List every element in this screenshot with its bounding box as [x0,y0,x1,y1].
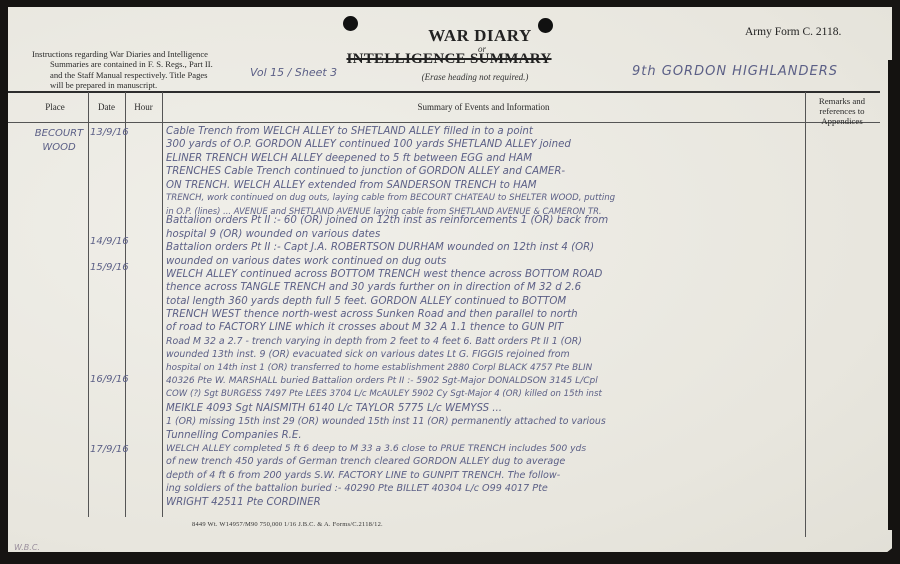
table-top-rule [8,91,880,93]
entry-date: 16/9/16 [90,374,129,385]
summary-line: 300 yards of O.P. GORDON ALLEY continued… [166,138,806,151]
summary-line: WELCH ALLEY continued across BOTTOM TREN… [166,268,806,281]
summary-line: Battalion orders Pt II :- Capt J.A. ROBE… [166,241,806,254]
summary-line: wounded 13th inst. 9 (OR) evacuated sick… [166,348,806,361]
summary-line: 1 (OR) missing 15th inst 29 (OR) wounded… [166,415,806,428]
summary-line: MEIKLE 4093 Sgt NAISMITH 6140 L/c TAYLOR… [166,402,806,415]
summary-of-events: Cable Trench from WELCH ALLEY to SHETLAN… [166,125,806,509]
summary-line: TRENCH WEST thence north-west across Sun… [166,308,806,321]
entry-date: 13/9/16 [90,127,129,138]
army-form-number: Army Form C. 2118. [745,26,841,38]
summary-line: Tunnelling Companies R.E. [166,429,806,442]
column-divider-hour-summary [162,92,163,517]
summary-line: 40326 Pte W. MARSHALL buried Battalion o… [166,375,806,388]
summary-line: hospital 9 (OR) wounded on various dates [166,228,806,241]
column-header-place: Place [30,102,80,112]
place-line: BECOURT [30,127,88,141]
form-print-line: 8449 Wt. W14957/M90 750,000 1/16 J.B.C. … [192,521,383,528]
column-divider-place-date [88,92,89,517]
column-header-remarks: Remarks and references to Appendices [808,96,876,126]
place-cell: BECOURT WOOD [30,127,88,155]
instructions-line: Instructions regarding War Diaries and I… [32,49,242,59]
punch-hole-left-icon [343,16,358,31]
summary-line: TRENCH, work continued on dug outs, layi… [166,192,806,205]
entry-date: 17/9/16 [90,444,129,455]
erase-heading-note: (Erase heading not required.) [385,72,565,82]
column-header-summary: Summary of Events and Information [162,102,805,112]
entry-date: 14/9/16 [90,236,129,247]
summary-line: Cable Trench from WELCH ALLEY to SHETLAN… [166,125,806,138]
instructions-line: and the Staff Manual respectively. Title… [32,70,242,80]
summary-line: ON TRENCH. WELCH ALLEY extended from SAN… [166,179,806,192]
page-edge-shadow [888,60,900,530]
instructions-line: Summaries are contained in F. S. Regs., … [32,59,242,69]
page-title: WAR DIARY [390,26,570,46]
entry-date: 15/9/16 [90,262,129,273]
place-line: WOOD [30,141,88,155]
remarks-header-line: Remarks and [808,96,876,106]
summary-line: Road M 32 a 2.7 - trench varying in dept… [166,335,806,348]
summary-line: TRENCHES Cable Trench continued to junct… [166,165,806,178]
remarks-header-line: Appendices [808,116,876,126]
column-header-hour: Hour [125,102,162,112]
table-header-rule [8,122,880,123]
archive-stamp: W.B.C. [14,543,40,552]
unit-name: 9th GORDON HIGHLANDERS [632,64,838,79]
column-header-date: Date [88,102,125,112]
summary-line: WELCH ALLEY completed 5 ft 6 deep to M 3… [166,442,806,455]
summary-line: ing soldiers of the battalion buried :- … [166,482,806,495]
summary-line: ELINER TRENCH WELCH ALLEY deepened to 5 … [166,152,806,165]
instructions-line: will be prepared in manuscript. [32,80,242,90]
volume-sheet-note: Vol 15 / Sheet 3 [250,66,337,79]
summary-line: thence across TANGLE TRENCH and 30 yards… [166,281,806,294]
summary-line: total length 360 yards depth full 5 feet… [166,295,806,308]
summary-line: of road to FACTORY LINE which it crosses… [166,321,806,334]
summary-line: depth of 4 ft 6 from 200 yards S.W. FACT… [166,469,806,482]
summary-line: of new trench 450 yards of German trench… [166,455,806,468]
summary-line: in O.P. (lines) ... AVENUE and SHETLAND … [166,205,806,214]
summary-line: wounded on various dates work continued … [166,255,806,268]
torn-corner [872,542,900,564]
summary-line: Battalion orders Pt II :- 60 (OR) joined… [166,214,806,227]
struck-intelligence-summary-title: INTELLIGENCE SUMMARY [340,51,558,68]
summary-line: hospital on 14th inst 1 (OR) transferred… [166,362,806,375]
remarks-header-line: references to [808,106,876,116]
summary-line: WRIGHT 42511 Pte CORDINER [166,496,806,509]
summary-line: COW (?) Sgt BURGESS 7497 Pte LEES 3704 L… [166,388,806,401]
instructions-block: Instructions regarding War Diaries and I… [32,49,242,90]
